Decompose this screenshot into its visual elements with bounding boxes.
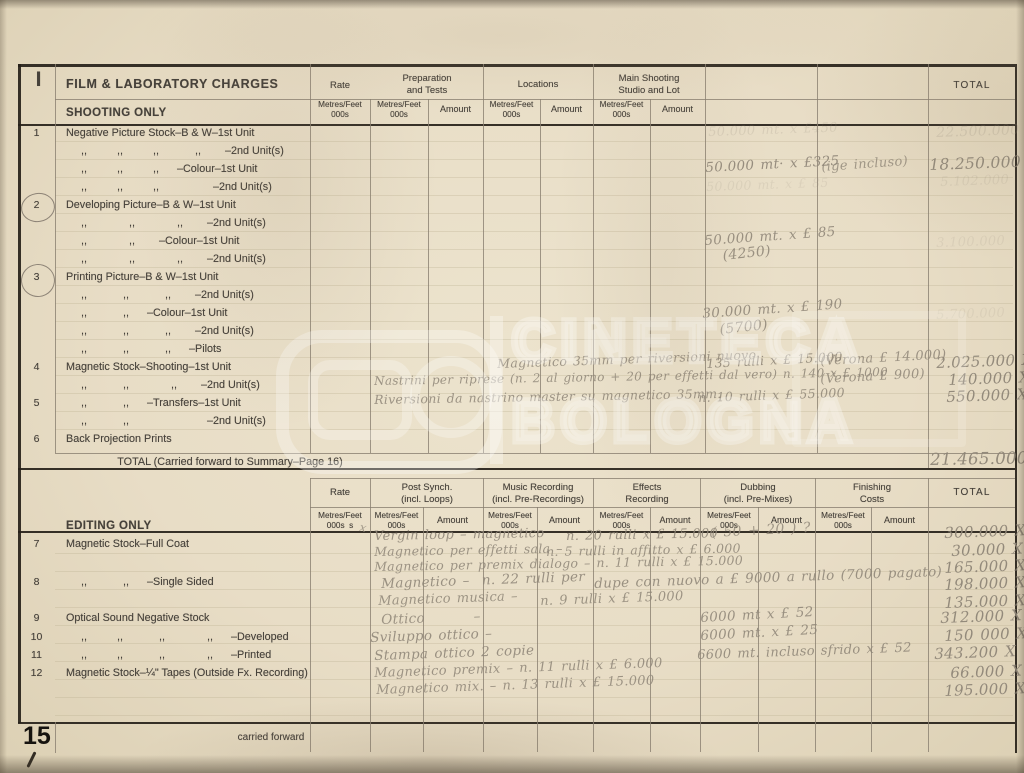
col-header-locations: Locations [485,79,591,91]
row-label: ,, ,, ,, –2nd Unit(s) [66,379,260,392]
row-label: Negative Picture Stock–B & W–1st Unit [66,127,254,140]
row-number: 6 [18,433,55,446]
row-label: ,, ,, ,, –2nd Unit(s) [66,181,272,194]
grid-line-horizontal [55,249,1013,250]
row-number: 7 [18,538,55,551]
grid-line-horizontal [55,607,1013,608]
subcol-amount: Amount [429,104,482,115]
handwritten-note: n. 10 rulli x £ 55.000 [698,386,845,405]
grid-line-horizontal [310,507,1015,508]
subcol-amount: Amount [537,515,592,526]
row-number: 10 [18,631,55,644]
col-header-main-shooting-studio-lot: Main Shooting Studio and Lot [595,73,703,96]
grid-line-horizontal [55,429,1013,430]
row-number: 8 [18,576,55,589]
grid-line-horizontal [55,213,1013,214]
grid-line-horizontal [55,411,1013,412]
handwritten-note: 3.100.000 [936,235,1005,252]
grid-line-horizontal [55,339,1013,340]
carried-forward-label: carried forward [55,732,487,744]
handwritten-note: (5700) [719,318,769,338]
row-number: 5 [18,397,55,410]
row-label: ,, ,, ,, –2nd Unit(s) [66,253,266,266]
grid-line-vertical [928,478,929,752]
handwritten-note: (4250) [722,244,772,264]
grid-line-horizontal [310,478,1015,479]
page-number: 15 [23,721,51,752]
row-label: ,, ,, ,, –Colour–1st Unit [66,163,257,176]
grid-line-horizontal [55,195,1013,196]
grid-line-horizontal [18,722,1015,724]
subcol-amount: Amount [651,515,699,526]
row-label: Developing Picture–B & W–1st Unit [66,199,236,212]
col-header-music-recording: Music Recording (incl. Pre-Recordings) [485,482,591,505]
handwritten-note: 343.200 X [934,643,1016,662]
handwritten-note: 198.000 X [944,574,1024,593]
row-label: ,, ,, ,, –2nd Unit(s) [66,289,254,302]
row-label: ,, ,, ,, ,, –Printed [66,649,271,662]
row-label: ,, ,, –Colour–1st Unit [66,307,227,320]
grid-line-vertical [871,507,872,752]
scan-edge-bottom [0,755,1024,773]
subcol-amount: Amount [651,104,704,115]
row-number: 9 [18,612,55,625]
row-label: ,, ,, ,, ,, –2nd Unit(s) [66,145,284,158]
section-roman-numeral: I [22,67,55,93]
row-label: Magnetic Stock–¼" Tapes (Outside Fx. Rec… [66,667,308,680]
grid-line-vertical [310,64,311,453]
grid-line-horizontal [55,321,1013,322]
pen-mark [26,751,36,767]
row-label: Magnetic Stock–Shooting–1st Unit [66,361,231,374]
row-label: Optical Sound Negative Stock [66,612,209,625]
handwritten-note: 50.000 mt. x £450 [708,121,838,140]
row-label: ,, ,, –Transfers–1st Unit [66,397,241,410]
handwritten-note: 5.700.000 [936,307,1005,324]
row-number: 11 [18,649,55,662]
subcol-metres-feet: Metres/Feet 000s [371,100,427,120]
row-label: ,, ,, ,, ,, –Developed [66,631,289,644]
grid-line-horizontal [55,141,1013,142]
handwritten-note: 195.000 X [944,680,1024,699]
subcol-amount: Amount [872,515,927,526]
handwritten-note: 312.000 X [940,607,1022,626]
handwritten-note: 18.250.000 X [929,153,1024,174]
row-number: 4 [18,361,55,374]
col-header-total: TOTAL [930,487,1014,499]
handwritten-note: 22.500.000 [936,123,1020,141]
scan-edge-top [0,0,1024,9]
handwritten-note: 5.102.000 [940,174,1009,191]
grid-line-horizontal [55,453,1015,454]
form-title: FILM & LABORATORY CHARGES [66,77,278,92]
row-label: Back Projection Prints [66,433,172,446]
subcol-metres-feet: Metres/Feet 000s [594,100,649,120]
subcol-metres-feet: Metres/Feet 000s [311,100,369,120]
hand-circle-row3 [20,263,57,299]
section-heading-editing-only: EDITING ONLY [66,519,152,533]
handwritten-note: 6000 mt. x £ 25 [700,623,819,644]
row-label: ,, ,, ,, –2nd Unit(s) [66,217,266,230]
hand-circle-row2 [19,190,58,224]
handwritten-note: Nastrini per riprese (n. 2 al giorno + 2… [374,366,888,388]
col-header-rate: Rate [310,487,370,499]
handwritten-note: ( 50 + 20 ) ? [711,521,811,542]
scan-edge-left [0,0,7,773]
row-label: Magnetic Stock–Full Coat [66,538,189,551]
grid-line-vertical [55,64,56,453]
handwritten-note: 50.000 mt. x £ 85 [706,176,829,194]
col-header-rate: Rate [310,80,370,92]
subcol-amount: Amount [541,104,592,115]
handwritten-note: Riversioni da nastrino master su magneti… [374,387,722,407]
grid-line-vertical [928,64,929,468]
grid-line-horizontal [18,64,1015,67]
row-number: 1 [18,127,55,140]
handwritten-note: 30.000 mt. x £ 190 [702,297,843,322]
subcol-metres-feet: Metres/Feet 000s [816,511,870,531]
row-label: Printing Picture–B & W–1st Unit [66,271,218,284]
grid-line-horizontal [55,177,1013,178]
grid-line-horizontal [55,285,1013,286]
col-header-post-synch: Post Synch. (incl. Loops) [372,482,482,505]
col-header-preparation-and-tests: Preparation and Tests [372,73,482,96]
col-header-dubbing: Dubbing (incl. Pre-Mixes) [702,482,814,505]
row-label: ,, ,, –Colour–1st Unit [66,235,239,248]
grid-line-horizontal [55,715,1013,716]
handwritten-note: 550.000 X [946,386,1024,405]
grid-line-horizontal [55,697,1013,698]
handwritten-note: 50.000 mt· x £325 [705,154,840,176]
col-header-finishing-costs: Finishing Costs [817,482,927,505]
subcol-metres-feet: Metres/Feet 000s [484,100,539,120]
grid-line-horizontal [55,267,1013,268]
grid-line-horizontal [55,231,1013,232]
row-label: ,, ,, ,, –2nd Unit(s) [66,325,254,338]
row-label: ,, ,, –2nd Unit(s) [66,415,266,428]
handwritten-note: 21.465.000 [930,449,1024,469]
section-heading-shooting-only: SHOOTING ONLY [66,106,167,120]
row-number: 12 [18,667,55,680]
row-label: ,, ,, –Single Sided [66,576,214,589]
grid-line-horizontal [55,303,1013,304]
handwritten-note: 300.000 X [944,522,1024,541]
shooting-total-label: TOTAL (Carried forward to Summary–Page 1… [55,456,405,469]
subcol-amount: Amount [423,515,482,526]
col-header-effects-recording: Effects Recording [595,482,699,505]
grid-line-vertical [370,99,371,453]
row-label: ,, ,, ,, –Pilots [66,343,221,356]
scanned-budget-form-page: IFILM & LABORATORY CHARGESRatePreparatio… [0,0,1024,773]
col-header-total: TOTAL [930,80,1014,92]
